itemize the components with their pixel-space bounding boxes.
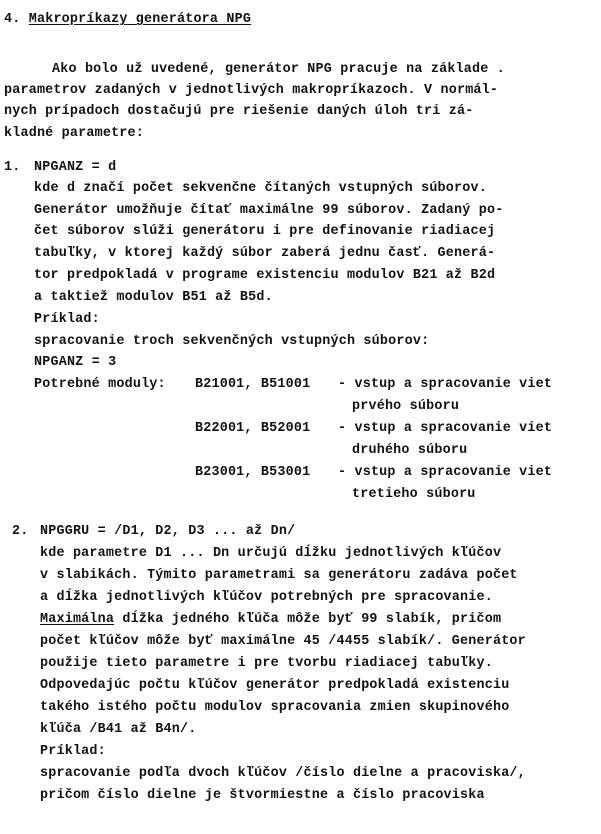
item2-example-line: spracovanie podľa dvoch kľúčov /číslo di… bbox=[40, 766, 526, 782]
underlined-word: Maximálna bbox=[40, 612, 114, 627]
item1-body-line: kde d značí počet sekvenčne čítaných vst… bbox=[34, 181, 487, 197]
intro-line: Ako bolo už uvedené, generátor NPG pracu… bbox=[52, 62, 505, 78]
intro-line: nych prípadoch dostačujú pre riešenie da… bbox=[4, 104, 473, 120]
item2-body-line: kde parametre D1 ... Dn určujú dĺžku jed… bbox=[40, 546, 501, 562]
item1-example-value: NPGANZ = 3 bbox=[34, 355, 116, 371]
item2-example-label: Príklad: bbox=[40, 744, 106, 760]
item2-body-line: Odpovedajúc počtu kľúčov generátor predp… bbox=[40, 678, 509, 694]
module-desc: tretieho súboru bbox=[352, 487, 476, 503]
item1-modules-label: Potrebné moduly: bbox=[34, 377, 166, 393]
item2-body-line: Maximálna dĺžka jedného kľúča môže byť 9… bbox=[40, 612, 501, 628]
item1-body-line: a taktiež modulov B51 až B5d. bbox=[34, 290, 273, 306]
item2-body-line: a dĺžka jednotlivých kľúčov potrebných p… bbox=[40, 590, 493, 606]
section-title: Makropríkazy generátora NPG bbox=[29, 12, 251, 27]
item1-body-line: Generátor umožňuje čítať maximálne 99 sú… bbox=[34, 203, 503, 219]
module-desc: druhého súboru bbox=[352, 443, 467, 459]
item2-body-line: počet kľúčov môže byť maximálne 45 /4455… bbox=[40, 634, 526, 650]
module-codes: B22001, B52001 bbox=[195, 421, 310, 437]
module-desc: - vstup a spracovanie viet bbox=[338, 465, 552, 481]
module-codes: B21001, B51001 bbox=[195, 377, 310, 393]
section-number: 4. bbox=[4, 12, 20, 27]
item1-number: 1. bbox=[4, 160, 20, 176]
item2-body-line: kľúča /B41 až B4n/. bbox=[40, 722, 196, 738]
module-codes: B23001, B53001 bbox=[195, 465, 310, 481]
item2-example-line: pričom číslo dielne je štvormiestne a čí… bbox=[40, 788, 485, 804]
intro-line: parametrov zadaných v jednotlivých makro… bbox=[4, 83, 498, 99]
item1-header: NPGANZ = d bbox=[34, 160, 116, 176]
module-desc: prvého súboru bbox=[352, 399, 459, 415]
item2-header: NPGGRU = /D1, D2, D3 ... až Dn/ bbox=[40, 524, 295, 540]
item1-body-line: čet súborov slúži generátoru i pre defin… bbox=[34, 224, 495, 240]
item1-body-line: tabuľky, v ktorej každý súbor zaberá jed… bbox=[34, 246, 495, 262]
module-desc: - vstup a spracovanie viet bbox=[338, 421, 552, 437]
module-desc: - vstup a spracovanie viet bbox=[338, 377, 552, 393]
item1-example-desc: spracovanie troch sekvenčných vstupných … bbox=[34, 334, 429, 350]
line-rest: dĺžka jedného kľúča môže byť 99 slabík, … bbox=[114, 612, 501, 627]
intro-line: kladné parametre: bbox=[4, 126, 144, 142]
item2-body-line: takého istého počtu modulov spracovania … bbox=[40, 700, 509, 716]
item1-body-line: tor predpokladá v programe existenciu mo… bbox=[34, 268, 495, 284]
item2-body-line: v slabikách. Týmito parametrami sa gener… bbox=[40, 568, 518, 584]
item2-number: 2. bbox=[12, 524, 28, 540]
section-heading: 4. Makropríkazy generátora NPG bbox=[4, 12, 251, 28]
item1-example-label: Príklad: bbox=[34, 312, 100, 328]
item2-body-line: použije tieto parametre i pre tvorbu ria… bbox=[40, 656, 493, 672]
